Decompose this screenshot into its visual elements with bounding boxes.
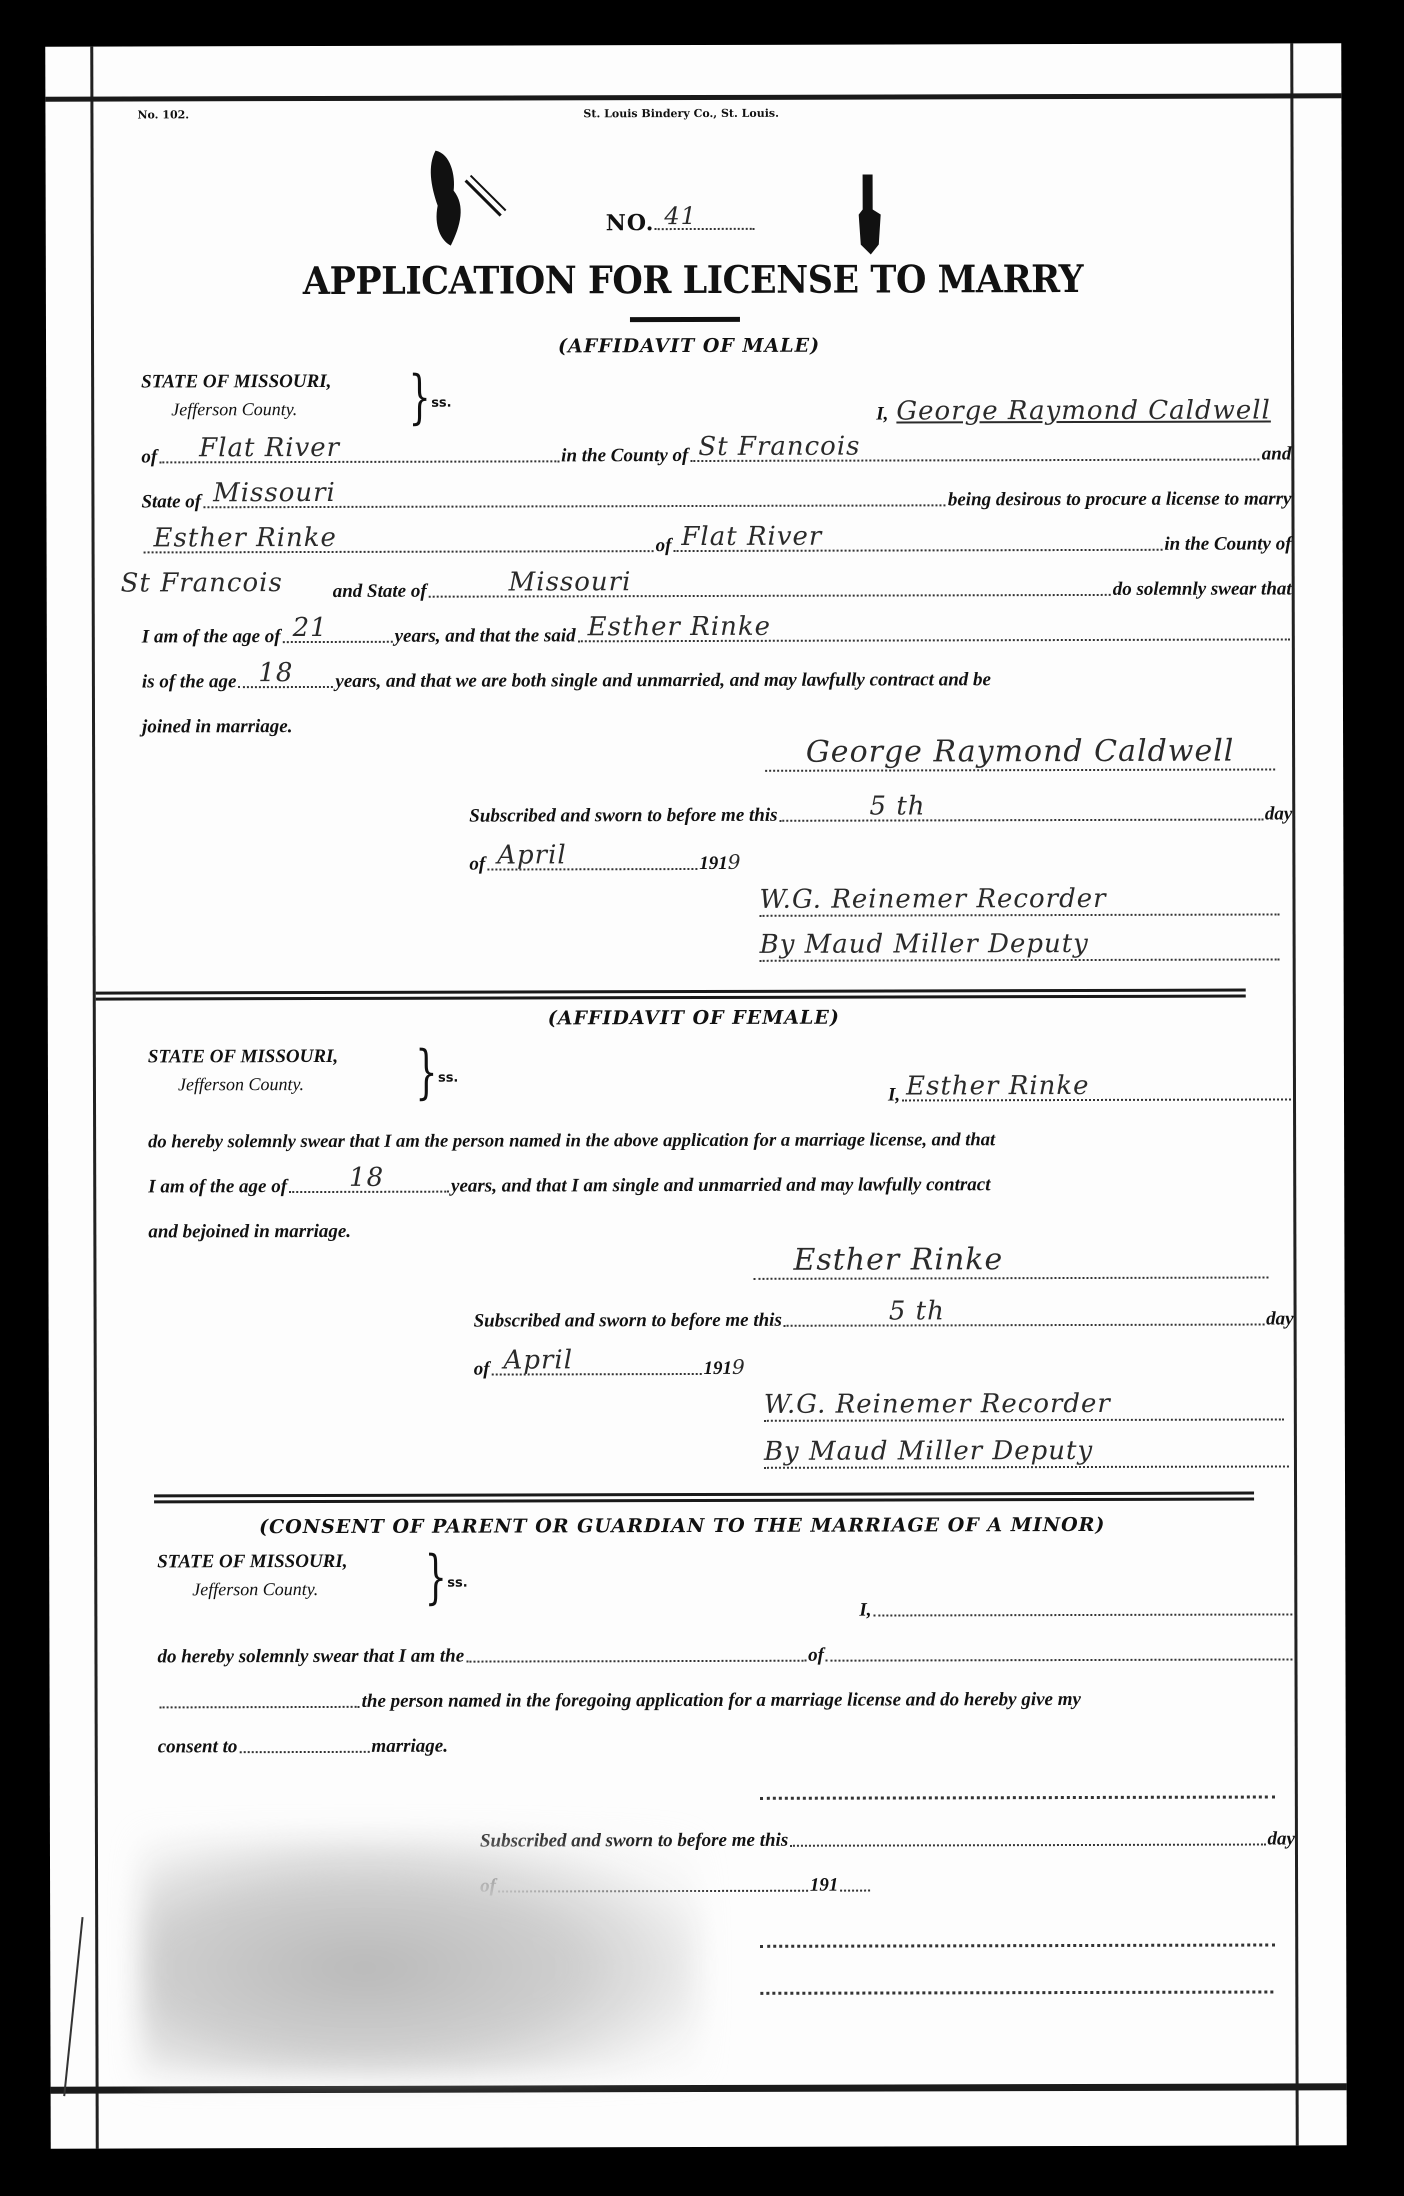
- bottom-rule: [51, 2083, 1347, 2093]
- subscribed-label: Subscribed and sworn to before me this: [469, 805, 777, 828]
- bride-state-field: Missouri: [429, 593, 1111, 598]
- swear-label: do solemnly swear that: [1113, 578, 1292, 600]
- license-number: NO. 41: [606, 210, 755, 236]
- state-of-label: State of: [141, 491, 201, 513]
- consent-day-field[interactable]: [790, 1843, 1265, 1847]
- year-prefix: 191: [810, 1875, 839, 1897]
- left-margin-rule: [90, 47, 99, 2149]
- age-prefix-label: I am of the age of: [148, 1176, 287, 1198]
- person-field[interactable]: [160, 1705, 360, 1709]
- female-swear-text: do hereby solemnly swear that I am the p…: [148, 1129, 995, 1153]
- minor-field[interactable]: [826, 1657, 1293, 1661]
- in-county-label: in the County of: [561, 445, 688, 467]
- female-applicant-name: Esther Rinke: [906, 1071, 1089, 1101]
- relation-field[interactable]: [466, 1659, 806, 1663]
- guardian-name-field[interactable]: [874, 1612, 1293, 1616]
- female-deputy-signature: By Maud Miller Deputy: [764, 1435, 1289, 1468]
- state-value: Missouri: [213, 478, 336, 508]
- bride-of-label: of: [656, 535, 672, 557]
- and-label: and: [1262, 443, 1292, 465]
- section-divider: [96, 989, 1246, 1001]
- recorder-signature-field[interactable]: [760, 1943, 1275, 1947]
- year-prefix: 191: [699, 853, 728, 875]
- bride-name-value: Esther Rinke: [153, 523, 336, 553]
- bride-county-line: St Francois and State of Missouri do sol…: [119, 578, 1292, 603]
- marriage-license-application-page: No. 102. St. Louis Bindery Co., St. Loui…: [45, 43, 1346, 2148]
- consent-to-line: consent to marriage.: [158, 1736, 448, 1759]
- redacted-seal-area: [140, 1835, 701, 2076]
- top-rule: [45, 93, 1341, 101]
- male-age-value: 21: [293, 613, 328, 643]
- guardian-signature-field[interactable]: [760, 1795, 1275, 1799]
- female-age-field: 18: [289, 1190, 449, 1193]
- day-label: day: [1267, 1828, 1294, 1850]
- bride-and-state-label: and State of: [333, 581, 427, 603]
- bride-in-county-label: in the County of: [1164, 533, 1291, 555]
- ink-blot-left-icon: [426, 145, 526, 255]
- residence-value: Flat River: [199, 433, 340, 463]
- female-venue: STATE OF MISSOURI, Jefferson County.: [148, 1046, 338, 1095]
- female-age-line: I am of the age of 18 years, and that I …: [148, 1173, 1293, 1198]
- venue-state: STATE OF MISSOURI,: [157, 1551, 347, 1573]
- male-residence-line: of Flat River in the County of St Franco…: [141, 443, 1291, 468]
- female-recorder-signature: W.G. Reinemer Recorder: [764, 1388, 1284, 1421]
- ss-abbrev: ss.: [431, 396, 451, 411]
- male-signature: George Raymond Caldwell: [765, 733, 1275, 771]
- consent-person-line: the person named in the foregoing applic…: [158, 1688, 1295, 1713]
- female-day-field: 5 th: [784, 1323, 1264, 1327]
- of-label: of: [141, 446, 157, 468]
- male-applicant-name: George Raymond Caldwell: [896, 395, 1271, 426]
- male-month-line: of April 191 9: [469, 850, 741, 876]
- female-affidavit-heading: (AFFIDAVIT OF FEMALE): [548, 1007, 840, 1030]
- female-day-value: 5 th: [889, 1296, 945, 1326]
- male-applicant-line: I, George Raymond Caldwell: [876, 395, 1291, 426]
- bride-state-value: Missouri: [509, 567, 632, 597]
- female-applicant-line: I, Esther Rinke: [888, 1083, 1293, 1106]
- county-value: St Francois: [698, 432, 860, 462]
- male-state-line: State of Missouri being desirous to proc…: [141, 488, 1291, 513]
- subscribed-label: Subscribed and sworn to before me this: [474, 1310, 782, 1333]
- age-prefix-label: I am of the age of: [142, 626, 281, 648]
- i-label: I,: [859, 1600, 871, 1622]
- male-year-suffix: 9: [728, 850, 742, 874]
- residence-field: Flat River: [159, 459, 559, 463]
- male-day-value: 5 th: [869, 791, 925, 821]
- male-day-field: 5 th: [780, 818, 1263, 822]
- male-subscribed-line: Subscribed and sworn to before me this 5…: [469, 803, 1292, 827]
- license-number-label: NO.: [606, 210, 655, 236]
- license-number-field: 41: [654, 228, 754, 230]
- male-affidavit-heading: (AFFIDAVIT OF MALE): [558, 335, 820, 358]
- said-name-field: Esther Rinke: [578, 637, 1290, 642]
- consent-guardian-line: I,: [859, 1598, 1294, 1621]
- title-underline: [630, 317, 740, 322]
- female-subscribed-line: Subscribed and sworn to before me this 5…: [474, 1308, 1294, 1332]
- license-number-value: 41: [664, 202, 697, 230]
- bride-county-field: St Francois: [121, 595, 331, 599]
- consent-venue: STATE OF MISSOURI, Jefferson County.: [157, 1551, 347, 1600]
- joined-text: joined in marriage.: [142, 716, 292, 738]
- year-prefix: 191: [704, 1358, 733, 1380]
- stray-pen-mark: [63, 1917, 83, 2096]
- swear-label: do hereby solemnly swear that I am the: [157, 1646, 464, 1669]
- day-label: day: [1266, 1308, 1293, 1330]
- female-month-value: April: [503, 1345, 573, 1375]
- i-label: I,: [876, 403, 888, 425]
- of-month-label: of: [469, 854, 485, 876]
- venue-county: Jefferson County.: [171, 399, 331, 420]
- venue-brace: }: [425, 1548, 447, 1606]
- deputy-signature-field[interactable]: [760, 1990, 1273, 1994]
- i-label: I,: [888, 1084, 900, 1106]
- female-applicant-field: Esther Rinke: [902, 1097, 1291, 1101]
- venue-state: STATE OF MISSOURI,: [141, 371, 331, 393]
- printer-imprint: St. Louis Bindery Co., St. Louis.: [583, 107, 779, 121]
- female-age-line: is of the age 18 years, and that we are …: [142, 668, 1292, 693]
- day-label: day: [1265, 803, 1292, 825]
- bride-line: Esther Rinke of Flat River in the County…: [142, 533, 1292, 558]
- male-deputy-signature: By Maud Miller Deputy: [760, 928, 1280, 961]
- marriage-label: marriage.: [371, 1736, 448, 1758]
- female-age-field: 18: [238, 685, 333, 688]
- male-recorder-signature: W.G. Reinemer Recorder: [759, 883, 1279, 916]
- age-suffix-label: years, and that I am single and unmarrie…: [451, 1174, 991, 1197]
- bride-name-field: Esther Rinke: [144, 549, 654, 553]
- male-age-line: I am of the age of 21 years, and that th…: [142, 623, 1292, 648]
- male-month-field: April: [487, 867, 697, 871]
- female-age-value: 18: [349, 1163, 384, 1193]
- ink-blot-right-icon: [851, 169, 891, 259]
- venue-brace: }: [415, 1043, 437, 1101]
- said-name-value: Esther Rinke: [588, 612, 771, 642]
- bride-county-value: St Francois: [121, 568, 283, 598]
- both-single-text: years, and that we are both single and u…: [335, 669, 991, 693]
- document-title: APPLICATION FOR LICENSE TO MARRY: [303, 256, 1083, 303]
- bride-residence-field: Flat River: [673, 548, 1162, 552]
- female-signature: Esther Rinke: [753, 1242, 1268, 1280]
- ss-abbrev: ss.: [438, 1071, 458, 1086]
- form-number: No. 102.: [137, 108, 189, 121]
- consent-heading: (CONSENT OF PARENT OR GUARDIAN TO THE MA…: [259, 1514, 1105, 1538]
- consent-relation-line: do hereby solemnly swear that I am the o…: [157, 1643, 1294, 1668]
- ss-abbrev: ss.: [447, 1576, 467, 1591]
- female-month-line: of April 191 9: [474, 1355, 746, 1381]
- venue-state: STATE OF MISSOURI,: [148, 1046, 338, 1068]
- venue-county: Jefferson County.: [192, 1579, 347, 1600]
- venue-county: Jefferson County.: [178, 1074, 338, 1095]
- consent-year-field[interactable]: [840, 1889, 870, 1892]
- venue-brace: }: [408, 368, 430, 426]
- male-month-value: April: [497, 840, 567, 870]
- consent-to-field[interactable]: [239, 1750, 369, 1753]
- desirous-label: being desirous to procure a license to m…: [948, 488, 1292, 511]
- female-age-value: 18: [258, 658, 293, 688]
- male-venue: STATE OF MISSOURI, Jefferson County.: [141, 371, 331, 420]
- female-month-field: April: [492, 1372, 702, 1376]
- person-named-text: the person named in the foregoing applic…: [362, 1689, 1081, 1713]
- bride-residence-value: Flat River: [681, 522, 822, 552]
- state-field: Missouri: [203, 503, 946, 508]
- is-age-label: is of the age: [142, 671, 237, 693]
- section-divider: [154, 1492, 1254, 1504]
- male-age-field: 21: [283, 640, 393, 643]
- age-mid-label: years, and that the said: [395, 625, 576, 647]
- consent-to-label: consent to: [158, 1736, 238, 1758]
- female-joined-text: and bejoined in marriage.: [148, 1221, 351, 1244]
- county-field: St Francois: [690, 458, 1259, 462]
- of-month-label: of: [474, 1359, 490, 1381]
- female-year-suffix: 9: [732, 1355, 746, 1379]
- of-label: of: [808, 1645, 824, 1667]
